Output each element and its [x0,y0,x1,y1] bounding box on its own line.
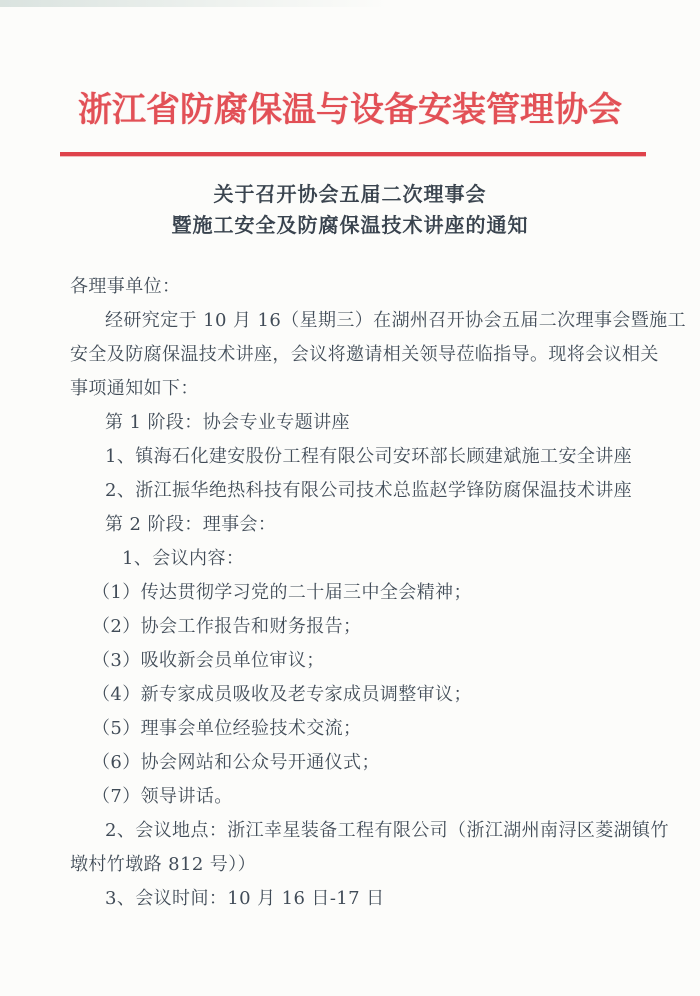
notice-title-line2: 暨施工安全及防腐保温技术讲座的通知 [0,210,700,241]
agenda-item-5: （5）理事会单位经验技术交流； [70,712,636,746]
agenda-item-2: （2）协会工作报告和财务报告； [70,610,636,644]
scan-artifact [0,0,390,7]
notice-page: 浙江省防腐保温与设备安装管理协会 关于召开协会五届二次理事会 暨施工安全及防腐保… [0,0,700,996]
venue-line-2: 墩村竹墩路 812 号）） [70,848,636,882]
stage1-item-1: 1、镇海石化建安股份工程有限公司安环部长顾建斌施工安全讲座 [70,440,636,474]
intro-line-1: 经研究定于 10 月 16（星期三）在湖州召开协会五届二次理事会暨施工 [70,304,636,338]
meeting-time: 3、会议时间：10 月 16 日-17 日 [70,882,636,916]
agenda-item-4: （4）新专家成员吸收及老专家成员调整审议； [70,678,636,712]
notice-title-line1: 关于召开协会五届二次理事会 [0,179,700,210]
agenda-item-7: （7）领导讲话。 [70,780,636,814]
agenda-item-6: （6）协会网站和公众号开通仪式； [70,746,636,780]
intro-line-3: 事项通知如下： [70,372,636,406]
stage2-heading: 第 2 阶段：理事会： [70,508,636,542]
notice-title: 关于召开协会五届二次理事会 暨施工安全及防腐保温技术讲座的通知 [0,179,700,241]
header-divider-rule [60,152,646,156]
stage1-heading: 第 1 阶段：协会专业专题讲座 [70,406,636,440]
agenda-item-3: （3）吸收新会员单位审议； [70,644,636,678]
venue-line-1: 2、会议地点：浙江幸星装备工程有限公司（浙江湖州南浔区菱湖镇竹 [70,814,636,848]
org-name-header: 浙江省防腐保温与设备安装管理协会 [0,82,700,131]
stage1-item-2: 2、浙江振华绝热科技有限公司技术总监赵学锋防腐保温技术讲座 [70,474,636,508]
notice-body: 各理事单位： 经研究定于 10 月 16（星期三）在湖州召开协会五届二次理事会暨… [70,270,636,916]
salutation: 各理事单位： [70,270,636,304]
agenda-heading: 1、会议内容： [70,542,636,576]
agenda-item-1: （1）传达贯彻学习党的二十届三中全会精神； [70,576,636,610]
intro-line-2: 安全及防腐保温技术讲座，会议将邀请相关领导莅临指导。现将会议相关 [70,338,636,372]
